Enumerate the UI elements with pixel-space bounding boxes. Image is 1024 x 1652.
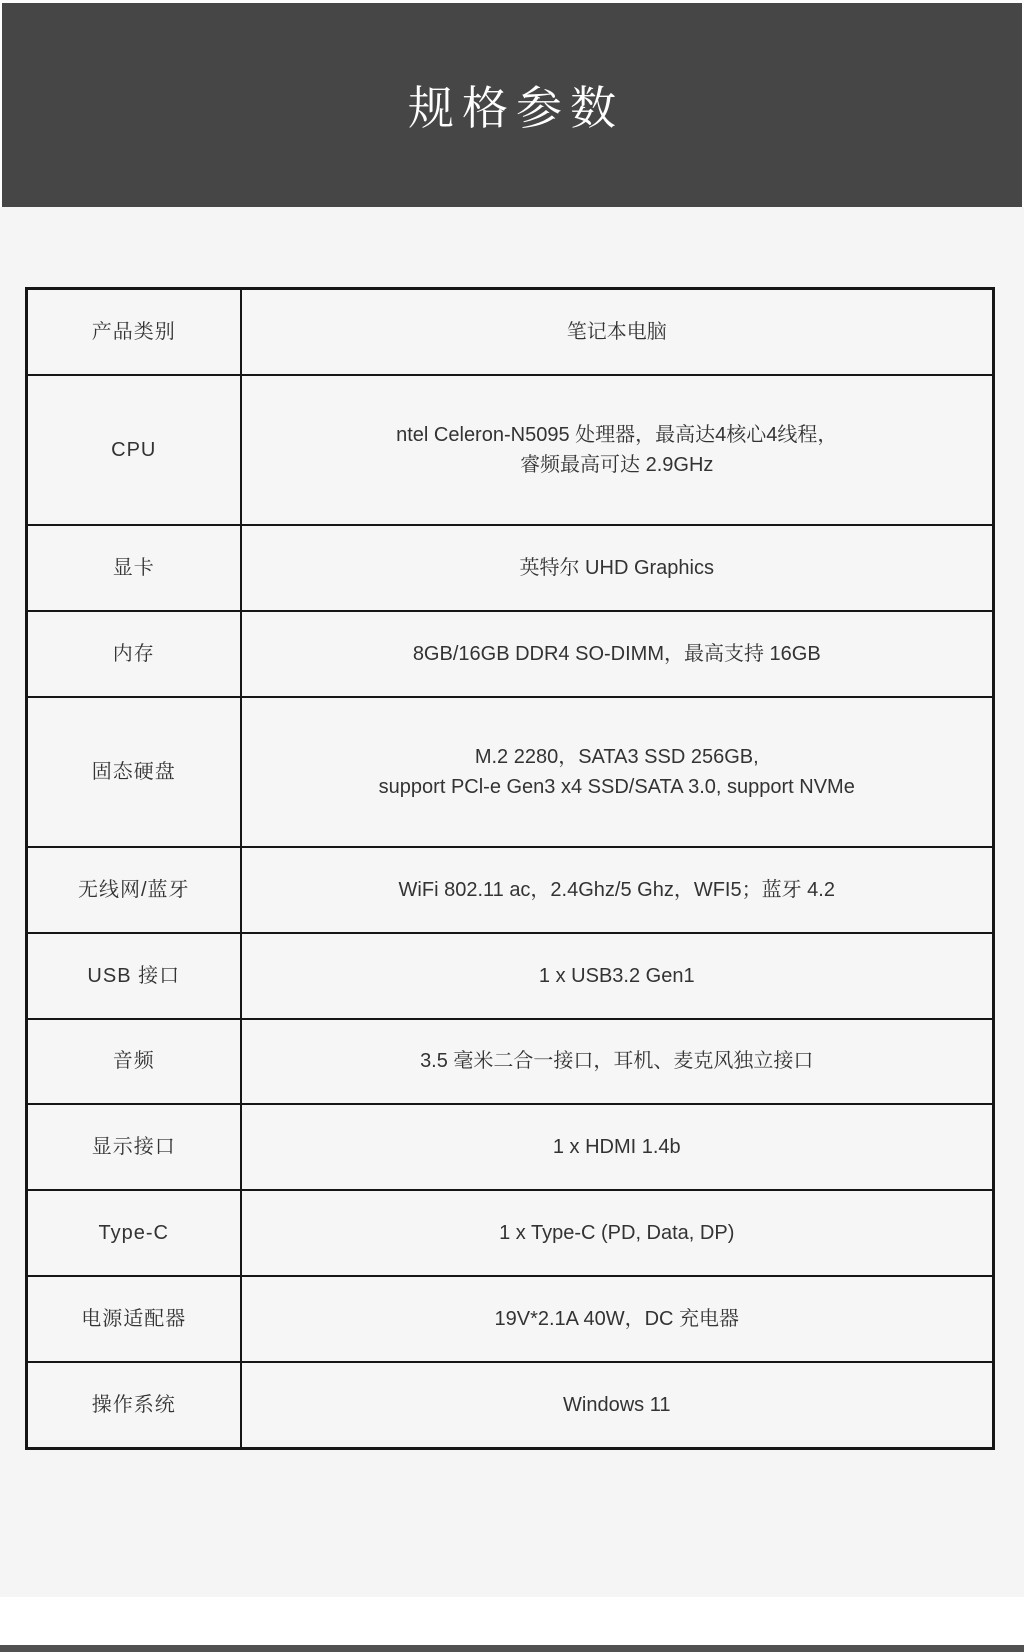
spec-value: 8GB/16GB DDR4 SO-DIMM，最高支持 16GB bbox=[241, 611, 994, 697]
spec-label: USB 接口 bbox=[27, 933, 241, 1019]
spec-value: 3.5 毫米二合一接口，耳机、麦克风独立接口 bbox=[241, 1019, 994, 1105]
spec-label: 无线网/蓝牙 bbox=[27, 847, 241, 933]
spec-value: 英特尔 UHD Graphics bbox=[241, 525, 994, 611]
spec-label: CPU bbox=[27, 375, 241, 525]
footer-bar bbox=[0, 1645, 1024, 1652]
spec-value: 19V*2.1A 40W，DC 充电器 bbox=[241, 1276, 994, 1362]
spec-value: M.2 2280，SATA3 SSD 256GB, support PCl-e … bbox=[241, 697, 994, 847]
spec-value: ntel Celeron-N5095 处理器，最高达4核心4线程， 睿频最高可达… bbox=[241, 375, 994, 525]
spec-row: 操作系统Windows 11 bbox=[27, 1362, 994, 1449]
spec-row: USB 接口1 x USB3.2 Gen1 bbox=[27, 933, 994, 1019]
page-body: 产品类别笔记本电脑CPUntel Celeron-N5095 处理器，最高达4核… bbox=[0, 207, 1024, 1597]
spec-value: 1 x USB3.2 Gen1 bbox=[241, 933, 994, 1019]
spec-row: 电源适配器19V*2.1A 40W，DC 充电器 bbox=[27, 1276, 994, 1362]
page-title: 规格参数 bbox=[400, 72, 624, 138]
spec-value: Windows 11 bbox=[241, 1362, 994, 1449]
spec-table: 产品类别笔记本电脑CPUntel Celeron-N5095 处理器，最高达4核… bbox=[25, 287, 995, 1450]
spec-row: 显卡英特尔 UHD Graphics bbox=[27, 525, 994, 611]
spec-row: CPUntel Celeron-N5095 处理器，最高达4核心4线程， 睿频最… bbox=[27, 375, 994, 525]
spec-value: WiFi 802.11 ac，2.4Ghz/5 Ghz，WFI5；蓝牙 4.2 bbox=[241, 847, 994, 933]
bottom-margin-strip bbox=[0, 1597, 1024, 1645]
spec-value: 1 x Type-C (PD, Data, DP) bbox=[241, 1190, 994, 1276]
spec-row: Type-C1 x Type-C (PD, Data, DP) bbox=[27, 1190, 994, 1276]
spec-label: Type-C bbox=[27, 1190, 241, 1276]
spec-row: 无线网/蓝牙WiFi 802.11 ac，2.4Ghz/5 Ghz，WFI5；蓝… bbox=[27, 847, 994, 933]
spec-row: 显示接口1 x HDMI 1.4b bbox=[27, 1104, 994, 1190]
spec-value: 1 x HDMI 1.4b bbox=[241, 1104, 994, 1190]
spec-label: 电源适配器 bbox=[27, 1276, 241, 1362]
spec-label: 内存 bbox=[27, 611, 241, 697]
spec-row: 固态硬盘M.2 2280，SATA3 SSD 256GB, support PC… bbox=[27, 697, 994, 847]
spec-label: 固态硬盘 bbox=[27, 697, 241, 847]
spec-row: 产品类别笔记本电脑 bbox=[27, 289, 994, 376]
spec-table-body: 产品类别笔记本电脑CPUntel Celeron-N5095 处理器，最高达4核… bbox=[27, 289, 994, 1449]
spec-row: 内存8GB/16GB DDR4 SO-DIMM，最高支持 16GB bbox=[27, 611, 994, 697]
spec-label: 产品类别 bbox=[27, 289, 241, 376]
spec-label: 显卡 bbox=[27, 525, 241, 611]
spec-row: 音频3.5 毫米二合一接口，耳机、麦克风独立接口 bbox=[27, 1019, 994, 1105]
spec-label: 操作系统 bbox=[27, 1362, 241, 1449]
page-header: 规格参数 bbox=[2, 3, 1022, 207]
spec-sheet-page: 规格参数 产品类别笔记本电脑CPUntel Celeron-N5095 处理器，… bbox=[0, 0, 1024, 1652]
spec-label: 音频 bbox=[27, 1019, 241, 1105]
spec-value: 笔记本电脑 bbox=[241, 289, 994, 376]
spec-label: 显示接口 bbox=[27, 1104, 241, 1190]
